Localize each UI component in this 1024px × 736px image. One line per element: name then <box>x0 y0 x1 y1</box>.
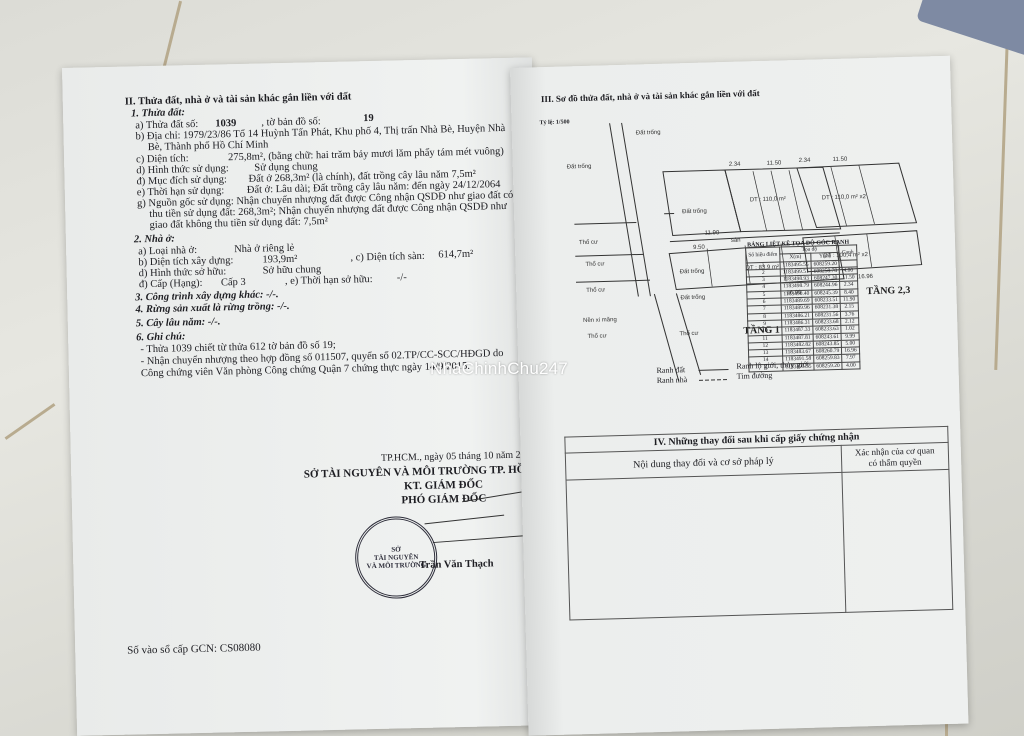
seal-line-1: SỞ <box>391 545 401 553</box>
coord-edge: 4.00 <box>842 362 860 370</box>
label-dat-trong: Đất trống <box>567 164 592 171</box>
coord-x: 1183487.81 <box>782 334 813 342</box>
floor-area-value: 614,7m² <box>438 249 473 262</box>
watermark: NhaChinhChu247 <box>430 359 568 379</box>
certificate-right-page: III. Sơ đồ thửa đất, nhà ở và tài sản kh… <box>510 56 968 736</box>
coord-y: 608243.85 <box>813 340 842 348</box>
label-nen-xi-mang: Nền xi măng <box>583 317 617 324</box>
legend-label: Ranh đất <box>656 365 685 375</box>
perennial-trees: 5. Cây lâu năm: -/-. <box>136 316 221 330</box>
production-forest: 4. Rừng sản xuất là rừng trồng: -/-. <box>135 301 289 316</box>
col-authority-line-1: Xác nhận của cơ quan <box>855 445 935 457</box>
legend-label: Tim đường <box>737 371 773 381</box>
changes-table: IV. Những thay đổi sau khi cấp giấy chứn… <box>564 426 953 621</box>
map-sheet-no: 19 <box>363 113 374 125</box>
dim-2-34: 2.34 <box>799 158 812 164</box>
coord-y: 608259.20 <box>814 362 843 370</box>
label-dat-trong: Đất trống <box>680 269 705 276</box>
floor-2-3-label: TẦNG 2,3 <box>866 283 910 297</box>
section-2-title: II. Thửa đất, nhà ở và tài sản khác gắn … <box>125 91 352 108</box>
ownership-term-label: , e) Thời hạn sở hữu: <box>285 274 373 288</box>
legend-tim-duong: Tim đường <box>737 371 773 381</box>
col-authority-confirmation: Xác nhận của cơ quan có thẩm quyền <box>841 442 949 472</box>
col-authority-line-2: có thẩm quyền <box>868 457 921 468</box>
label-san: sân <box>731 238 741 244</box>
label-tho-cu: Thổ cư <box>586 286 605 294</box>
label-dat-trong: Đất trống <box>682 209 707 216</box>
coord-y: 608259.83 <box>814 355 843 363</box>
grade-value: Cấp 3 <box>221 277 246 290</box>
certificate-left-page: II. Thửa đất, nhà ở và tài sản khác gắn … <box>62 57 547 735</box>
change-content-cell <box>566 472 846 620</box>
label-dt-floor23-top: DT : 110,0 m² x2 <box>822 194 867 201</box>
official-seal: SỞ TÀI NGUYÊN VÀ MÔI TRƯỜNG <box>354 516 438 600</box>
registry-number: Số vào sổ cấp GCN: CS08080 <box>127 642 261 657</box>
label-dat-trong: Đất trống <box>680 295 705 302</box>
coord-y: 608231.38 <box>812 304 841 312</box>
coord-edge: 11.50 <box>840 274 858 282</box>
floor-area-label: , c) Diện tích sàn: <box>350 251 425 265</box>
dim-2-34: 2.34 <box>729 162 742 168</box>
legend-ranh-dat: Ranh đất <box>656 365 685 375</box>
coord-y: 608258.78 <box>811 267 840 275</box>
notes-heading: 6. Ghi chú: <box>136 331 186 344</box>
legend-label: Ranh nhà <box>657 375 688 385</box>
grade-label: đ) Cấp (Hạng): <box>139 278 203 291</box>
coord-y: 608244.96 <box>812 282 841 290</box>
signature-stroke <box>425 515 505 525</box>
dim-11-50: 11.50 <box>833 157 848 163</box>
label-tho-cu: Thổ cư <box>587 332 606 340</box>
device-corner <box>916 0 1024 57</box>
coord-x: 1183489.96 <box>781 305 812 313</box>
label-tho-cu: Thổ cư <box>679 330 698 338</box>
ownership-term-value: -/- <box>397 272 407 284</box>
house-heading: 2. Nhà ở: <box>134 233 175 246</box>
col-edge: Cạnh <box>839 245 857 260</box>
signer-name: Trần Văn Thạch <box>419 558 493 572</box>
floor-tile-seam <box>5 403 56 440</box>
coord-x: 1183495.55 <box>780 261 811 269</box>
coord-y: 608259.20 <box>811 260 840 268</box>
coord-y: 608245.39 <box>812 289 841 297</box>
coord-y: 608233.51 <box>812 296 841 304</box>
legend-ranh-nha: Ranh nhà <box>657 375 688 385</box>
coordinate-table: Số hiệu điểm Tọa độ Cạnh X(m) Y(m) 11183… <box>745 244 860 372</box>
coord-y: 608233.63 <box>813 326 842 334</box>
label-dt-floor1-top: DT : 110,0 m² <box>750 196 786 203</box>
dim-16-96: 16.96 <box>858 274 874 280</box>
dim-11-90: 11.90 <box>705 230 720 236</box>
label-tho-cu: Thổ cư <box>585 260 604 268</box>
coord-y: 608233.68 <box>813 318 842 326</box>
floor-tile-seam <box>161 1 182 74</box>
authority-confirmation-cell <box>842 469 953 612</box>
coord-y: 608231.56 <box>812 311 841 319</box>
label-dat-trong: Đất trống <box>636 130 661 137</box>
issue-date: TP.HCM., ngày 05 tháng 10 năm 2015 <box>381 449 536 465</box>
coord-edge: 16.96 <box>842 347 860 355</box>
col-point: Số hiệu điểm <box>746 247 780 263</box>
seal-line-3: VÀ MÔI TRƯỜNG <box>367 561 427 570</box>
coord-y: 608260.79 <box>813 348 842 356</box>
floor-tile-seam <box>994 40 1009 370</box>
coord-y: 608247.30 <box>811 275 840 283</box>
label-tho-cu: Thổ cư <box>579 239 598 247</box>
coord-edge: 11.90 <box>840 296 858 304</box>
dim-9-50: 9.50 <box>693 245 706 251</box>
signature-stroke <box>433 535 523 543</box>
coord-y: 608243.61 <box>813 333 842 341</box>
dim-11-50: 11.50 <box>767 160 782 166</box>
